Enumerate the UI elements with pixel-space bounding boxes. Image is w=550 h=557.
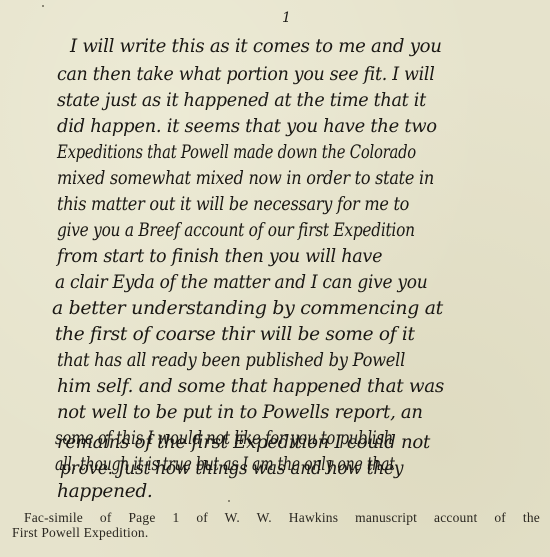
manuscript-line: the first of coarse thir will be some of…: [55, 324, 415, 345]
manuscript-line: that has all ready been published by Pow…: [57, 350, 405, 371]
manuscript-line: can then take what portion you see fit. …: [57, 64, 434, 85]
manuscript-line: did happen. it seems that you have the t…: [57, 116, 437, 137]
manuscript-line: a clair Eyda of the matter and I can giv…: [55, 272, 427, 293]
manuscript-line: this matter out it will be necessary for…: [57, 194, 409, 215]
manuscript-line: prove. Just how things was and how they: [60, 458, 403, 479]
caption-line-1: Fac-simile of Page 1 of W. W. Hawkins ma…: [12, 510, 540, 525]
facsimile-page: 1 I will write this as it comes to me an…: [0, 0, 550, 557]
page-number: 1: [282, 10, 291, 26]
manuscript-line: I will write this as it comes to me and …: [70, 36, 442, 57]
caption-line-2: First Powell Expedition.: [12, 525, 540, 540]
manuscript-line: from start to finish then you will have: [57, 246, 382, 267]
figure-caption: Fac-simile of Page 1 of W. W. Hawkins ma…: [12, 510, 540, 540]
manuscript-line: remains of the first Expedition I could …: [57, 432, 430, 453]
manuscript-line: mixed somewhat mixed now in order to sta…: [57, 168, 434, 189]
paper-speck: [42, 5, 44, 7]
manuscript-line: a better understanding by commencing at: [52, 298, 443, 319]
manuscript-line: Expeditions that Powell made down the Co…: [57, 142, 416, 163]
manuscript-line: give you a Breef account of our first Ex…: [57, 220, 415, 241]
manuscript-line: happened.: [57, 481, 152, 502]
manuscript-line: not well to be put in to Powells report,…: [57, 402, 423, 423]
paper-speck: [228, 500, 230, 502]
manuscript-line: state just as it happened at the time th…: [57, 90, 426, 111]
manuscript-line: him self. and some that happened that wa…: [57, 376, 444, 397]
